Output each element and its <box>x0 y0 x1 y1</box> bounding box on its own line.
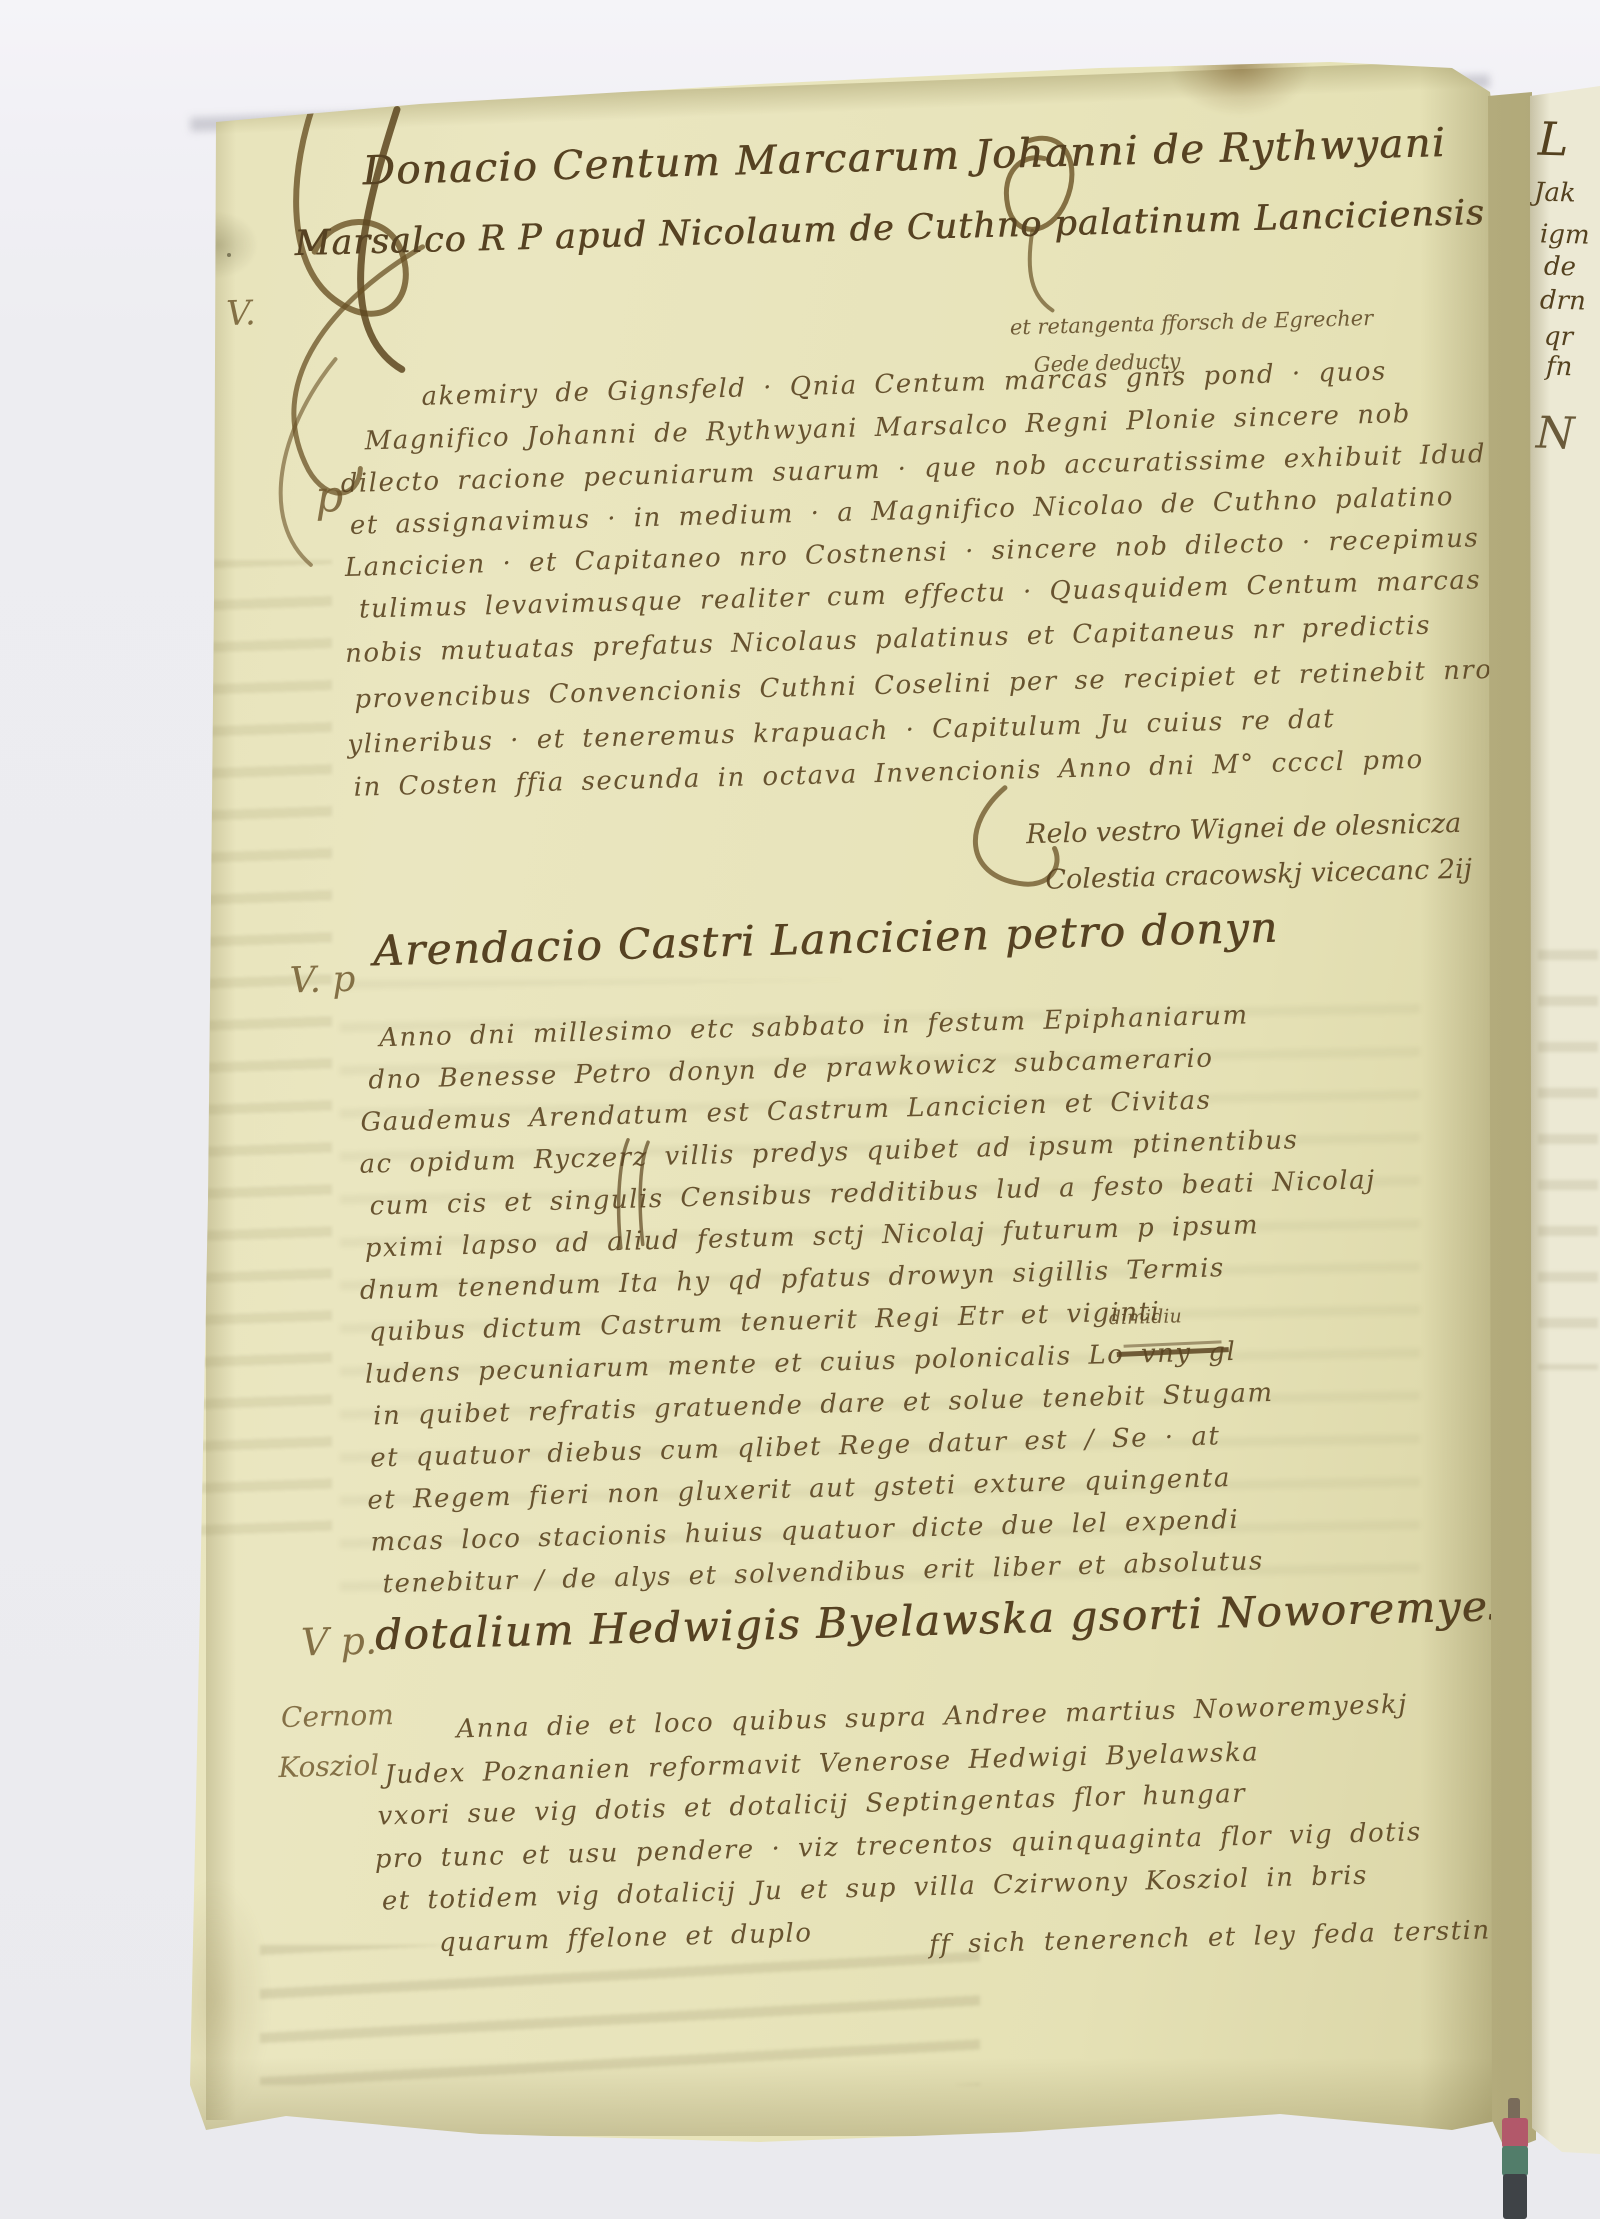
pen-flourish <box>277 359 341 565</box>
neighbor-fragment: igm <box>1540 219 1590 250</box>
margin-mark: V. p <box>289 959 356 1002</box>
neighbor-fragment: Jak <box>1534 177 1576 208</box>
entry1-heading-line: Marsalco R P apud Nicolaum de Cuthno pal… <box>294 193 1485 264</box>
entry3-body-line: ff sich tenerench et ley feda terstin u <box>929 1915 1526 1961</box>
ink-layer: Donacio Centum Marcarum Johanni de Rythw… <box>0 0 1600 2219</box>
margin-mark: V. <box>226 293 256 334</box>
entry3-body-line: Anna die et loco quibus supra Andree mar… <box>456 1690 1408 1745</box>
neighbor-fragment: N <box>1535 408 1575 460</box>
closing-line: Relo vestro Wignei de olesnicza <box>1026 808 1462 850</box>
ink-speck <box>205 243 212 249</box>
margin-mark: V p. <box>300 1619 377 1665</box>
margin-mark: p <box>314 471 343 523</box>
neighbor-fragment: qr <box>1544 322 1574 353</box>
closing-line: Colestia cracowskj vicecanc 2ij <box>1045 854 1472 896</box>
manuscript-scan: Donacio Centum Marcarum Johanni de Rythw… <box>0 0 1600 2219</box>
neighbor-fragment: fn <box>1546 352 1573 383</box>
margin-note-line: Kosziol <box>278 1748 380 1784</box>
stain <box>160 620 206 770</box>
pen-flourish <box>290 247 429 494</box>
margin-note-line: Cernom <box>281 1698 395 1734</box>
pen-flourish <box>293 93 407 315</box>
neighbor-fragment: drn <box>1540 285 1587 316</box>
bookmark-ribbon-green <box>1502 2146 1528 2176</box>
entry1-heading-line: Donacio Centum Marcarum Johanni de Rythw… <box>362 120 1447 194</box>
entry2-body-line: quibus dictum Castrum tenuerit Regi Etr … <box>369 1297 1161 1348</box>
main-page: Donacio Centum Marcarum Johanni de Rythw… <box>0 0 1600 2219</box>
interlinear-note-line: et retangenta fforsch de Egrecher <box>1010 306 1374 340</box>
bookmark-ribbon-dark <box>1503 2174 1527 2219</box>
superscript-correction: dimidiu <box>1109 1305 1182 1329</box>
bookmark-ribbon-pink <box>1502 2118 1528 2148</box>
entry2-heading: Arendacio Castri Lancicien petro donyn <box>372 903 1279 976</box>
neighbor-fragment: L <box>1537 112 1569 167</box>
neighbor-fragment: de <box>1544 252 1577 283</box>
entry3-body-line: quarum ffelone et duplo <box>439 1918 813 1958</box>
show-through <box>1538 950 1598 1370</box>
